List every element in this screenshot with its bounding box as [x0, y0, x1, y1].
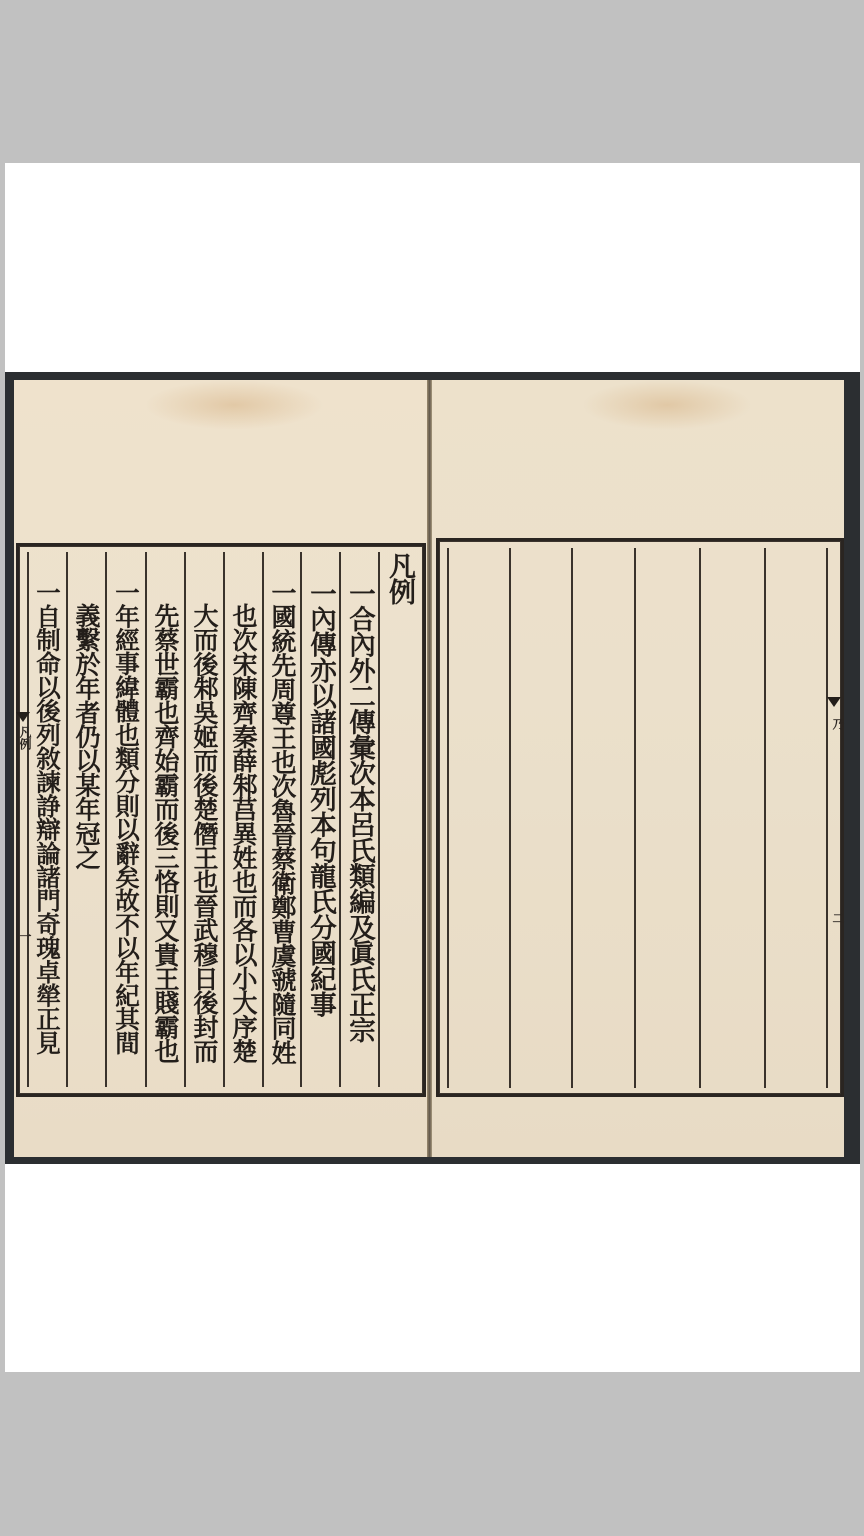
column-rule	[378, 552, 380, 1087]
text-column: 一合內外二傳彙次本呂氏類編及眞氏正宗	[341, 580, 377, 1043]
bottom-rule	[440, 1094, 840, 1097]
column-rule	[826, 548, 828, 1088]
text-column: 一內傳亦以諸國彪列本句龍氏分國紀事	[302, 580, 338, 1017]
text-column: 義繫於年者仍以某年冠之	[68, 603, 104, 869]
column-rule	[105, 552, 107, 1087]
water-stain	[144, 380, 324, 430]
text-column: 一自制命以後列敘諫諍辯論諸門奇瑰卓犖正見	[29, 580, 65, 1054]
text-column: 大而後邾吳姬而後楚僭王也晉武穆日後封而	[186, 603, 222, 1063]
column-rule	[571, 548, 573, 1088]
fold-page-number: 一	[17, 930, 34, 942]
book-gutter	[427, 380, 432, 1157]
fold-label: 凡例	[17, 726, 34, 750]
bottom-rule	[18, 1094, 420, 1097]
fishtail-marker-icon	[16, 712, 30, 722]
column-rule	[509, 548, 511, 1088]
fishtail-marker-icon	[827, 697, 841, 707]
column-rule	[447, 548, 449, 1088]
water-stain	[582, 380, 752, 430]
fold-page-number: 二	[830, 912, 847, 924]
column-rule	[764, 548, 766, 1088]
text-column: 一國統先周尊王也次魯晉蔡衛鄭曹虞虢隨同姓	[264, 580, 300, 1064]
section-title: 凡例	[381, 552, 417, 604]
text-column: 先蔡世霸也齊始霸而後三恪則又貴王賤霸也	[147, 603, 183, 1063]
column-rule	[634, 548, 636, 1088]
column-rule	[699, 548, 701, 1088]
right-page-frame	[436, 538, 844, 1097]
text-column: 一年經事緯體也類分則以辭矣故不以年紀其間	[108, 580, 144, 1054]
fold-label: 乃	[830, 718, 847, 730]
text-column: 也次宋陳齊秦薛邾莒異姓也而各以小大序楚	[225, 603, 261, 1063]
